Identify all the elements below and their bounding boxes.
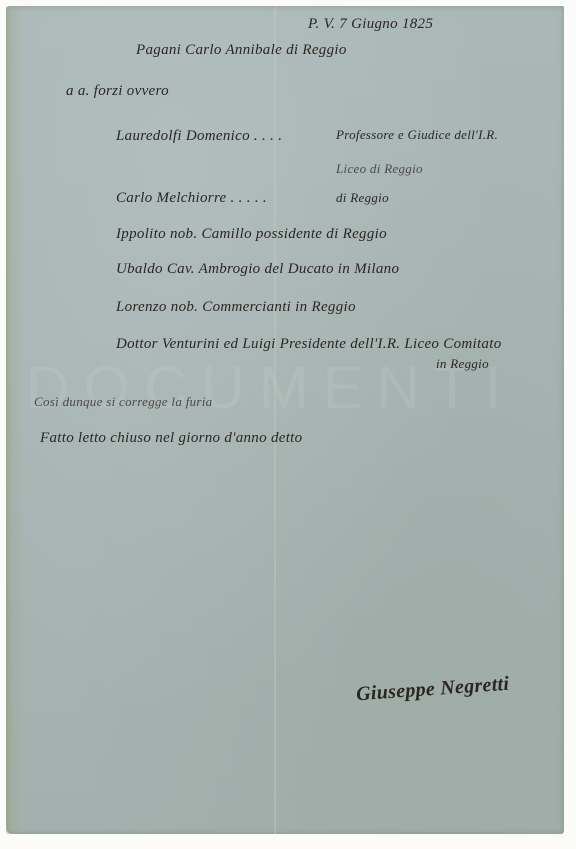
entry-role: in Reggio [436, 356, 489, 372]
closing-line: Fatto letto chiuso nel giorno d'anno det… [40, 430, 302, 447]
entry-name: Carlo Melchiorre . . . . . [116, 190, 267, 207]
manuscript-page: DOCUMENTI P. V. 7 Giugno 1825 Pagani Car… [6, 6, 564, 834]
entry-role: di Reggio [336, 190, 389, 206]
entry-role: Professore e Giudice dell'I.R. [336, 127, 498, 143]
intro-line: a a. forzi ovvero [66, 83, 169, 100]
signature: Giuseppe Negretti [355, 673, 510, 707]
closing-line: Così dunque si corregge la furia [34, 394, 212, 410]
date-line: P. V. 7 Giugno 1825 [308, 16, 433, 33]
entry-name: Lauredolfi Domenico . . . . [116, 128, 282, 145]
entry-name: Lorenzo nob. Commercianti in Reggio [116, 299, 356, 316]
entry-name: Dottor Venturini ed Luigi Presidente del… [116, 336, 502, 353]
entry-name: Ippolito nob. Camillo possidente di Regg… [116, 226, 387, 243]
entry-role: Liceo di Reggio [336, 161, 423, 177]
addressee-line: Pagani Carlo Annibale di Reggio [136, 42, 347, 59]
entry-name: Ubaldo Cav. Ambrogio del Ducato in Milan… [116, 261, 399, 278]
